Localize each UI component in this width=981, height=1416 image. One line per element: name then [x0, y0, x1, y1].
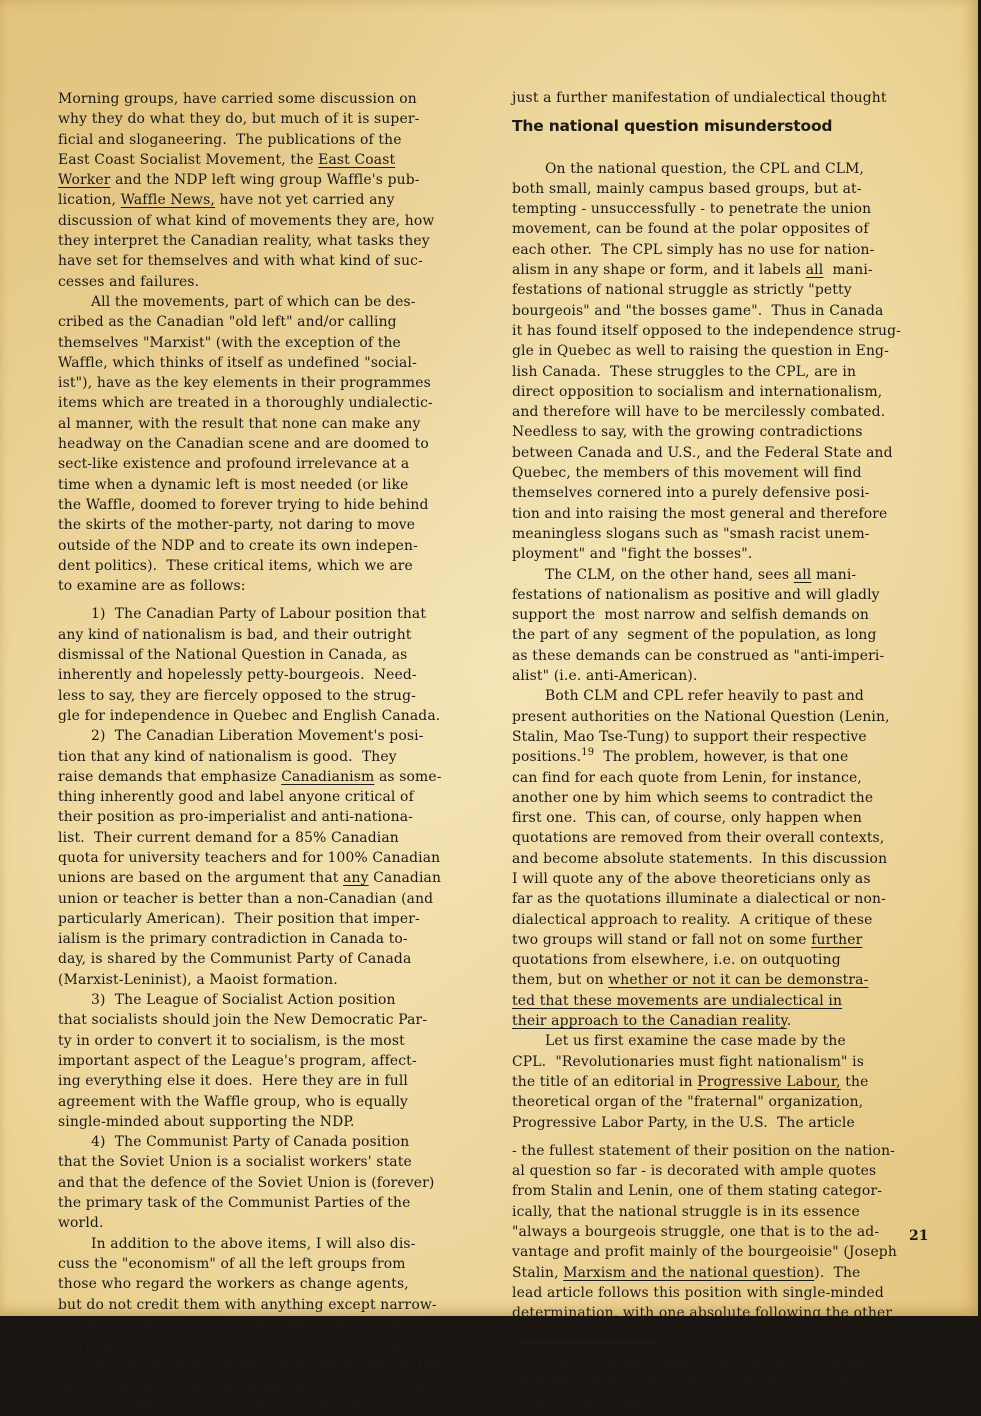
underlined-text: their approach to the Canadian reality [512, 1013, 787, 1029]
text-segment: that the Soviet Union is a socialist wor… [58, 1154, 412, 1170]
left-column: Morning groups, have carried some discus… [58, 89, 488, 1322]
text-segment: al question so far - is decorated with a… [512, 1163, 876, 1179]
document-page: Morning groups, have carried some discus… [0, 0, 978, 1316]
text-line: tion that any kind of nationalism is goo… [58, 747, 488, 767]
text-segment: alist" (i.e. anti-American). [512, 668, 698, 684]
text-segment: The problem, however, is that one [594, 749, 848, 765]
text-segment: bourgeois" and "the bosses game". Thus i… [512, 303, 883, 319]
text-line: (Marxist-Leninist), a Maoist formation. [58, 970, 488, 990]
text-line: festations of national struggle as stric… [512, 280, 937, 300]
text-line: cribed as the Canadian "old left" and/or… [58, 312, 488, 332]
text-segment: quota for university teachers and for 10… [58, 850, 440, 866]
underlined-text: East Coast [318, 152, 395, 168]
text-segment: time when a dynamic left is most needed … [58, 477, 409, 493]
text-segment: the title of an editorial in [512, 1074, 697, 1090]
text-line: particularly American). Their position t… [58, 909, 488, 929]
text-segment: it has found itself opposed to the indep… [512, 323, 901, 339]
text-segment: agreement with the Waffle group, who is … [58, 1094, 408, 1110]
text-segment: All the movements, part of which can be … [91, 294, 416, 310]
text-segment: Stalin, Mao Tse-Tung) to support their r… [512, 729, 867, 745]
text-line: 3) The League of Socialist Action positi… [58, 990, 488, 1010]
text-segment: direct opposition to socialism and inter… [512, 384, 882, 400]
text-segment: ialism is the primary contradiction in C… [58, 931, 408, 947]
text-line: sect-like existence and profound irrelev… [58, 454, 488, 474]
text-line: lication, Waffle News, have not yet carr… [58, 190, 488, 210]
text-segment: In addition to the above items, I will a… [91, 1236, 416, 1252]
text-segment: tion that any kind of nationalism is goo… [58, 749, 397, 765]
right-column: just a further manifestation of undialec… [512, 88, 937, 1322]
page-edge-shadow [0, 1316, 981, 1322]
underlined-text: any [343, 870, 369, 886]
text-segment: On the national question, the CPL and CL… [545, 161, 864, 177]
text-segment: ing everything else it does. Here they a… [58, 1073, 408, 1089]
text-segment: lication, [58, 192, 121, 208]
text-line: unions are based on the argument that an… [58, 868, 488, 888]
text-line: cuss the "economism" of all the left gro… [58, 1254, 488, 1274]
text-line: themselves "Marxist" (with the exception… [58, 333, 488, 353]
section-heading: The national question misunderstood [512, 116, 937, 136]
text-segment: 4) The Communist Party of Canada positio… [91, 1134, 409, 1150]
text-line: their approach to the Canadian reality. [512, 1011, 937, 1031]
text-line: direct opposition to socialism and inter… [512, 382, 937, 402]
text-segment: cribed as the Canadian "old left" and/or… [58, 314, 397, 330]
text-line: On the national question, the CPL and CL… [512, 159, 937, 179]
text-line: and therefore will have to be mercilessl… [512, 402, 937, 422]
text-segment: to examine are as follows: [58, 578, 246, 594]
paragraph-gap [58, 596, 488, 604]
text-segment: festations of national struggle as stric… [512, 282, 852, 298]
text-segment: any kind of nationalism is bad, and thei… [58, 627, 412, 643]
underlined-text: ted that these movements are undialectic… [512, 993, 842, 1009]
text-segment: themselves cornered into a purely defens… [512, 485, 870, 501]
underlined-text: Marxism and the national question [563, 1265, 814, 1281]
text-segment: mani- [823, 262, 872, 278]
text-line: ist"), have as the key elements in their… [58, 373, 488, 393]
text-segment: both small, mainly campus based groups, … [512, 181, 862, 197]
text-line: Needless to say, with the growing contra… [512, 422, 937, 442]
text-segment: and become absolute statements. In this … [512, 851, 887, 867]
text-line: dismissal of the National Question in Ca… [58, 645, 488, 665]
text-segment: but do not credit them with anything exc… [58, 1297, 437, 1313]
text-line: to examine are as follows: [58, 576, 488, 596]
text-segment: thing inherently good and label anyone c… [58, 789, 414, 805]
text-line: headway on the Canadian scene and are do… [58, 434, 488, 454]
text-segment: dent politics). These critical items, wh… [58, 558, 413, 574]
text-line: they interpret the Canadian reality, wha… [58, 231, 488, 251]
text-line: "always a bourgeois struggle, one that i… [512, 1222, 937, 1242]
text-segment: have not yet carried any [215, 192, 395, 208]
underlined-text: further [811, 932, 862, 948]
text-line: movement, can be found at the polar oppo… [512, 219, 937, 239]
text-line: the title of an editorial in Progressive… [512, 1072, 937, 1092]
text-segment: quotations from elsewhere, i.e. on outqu… [512, 952, 841, 968]
text-segment: Progressive Labor Party, in the U.S. The… [512, 1115, 855, 1131]
text-line: ty in order to convert it to socialism, … [58, 1031, 488, 1051]
text-segment: particularly American). Their position t… [58, 911, 420, 927]
text-line: the part of any segment of the populatio… [512, 625, 937, 645]
text-line: Worker and the NDP left wing group Waffl… [58, 170, 488, 190]
text-segment: ployment" and "fight the bosses". [512, 546, 752, 562]
text-segment: dismissal of the National Question in Ca… [58, 647, 407, 663]
text-line: themselves cornered into a purely defens… [512, 483, 937, 503]
text-segment: between Canada and U.S., and the Federal… [512, 445, 893, 461]
text-line: Stalin, Marxism and the national questio… [512, 1263, 937, 1283]
text-segment: important aspect of the League's program… [58, 1053, 417, 1069]
text-segment: and therefore will have to be mercilessl… [512, 404, 885, 420]
text-segment: - the fullest statement of their positio… [512, 1143, 895, 1159]
text-line: bourgeois" and "the bosses game". Thus i… [512, 301, 937, 321]
text-segment: sect-like existence and profound irrelev… [58, 456, 409, 472]
text-line: inherently and hopelessly petty-bourgeoi… [58, 665, 488, 685]
text-segment: support the most narrow and selfish dema… [512, 607, 869, 623]
text-segment: Needless to say, with the growing contra… [512, 424, 863, 440]
text-line: between Canada and U.S., and the Federal… [512, 443, 937, 463]
text-line: raise demands that emphasize Canadianism… [58, 767, 488, 787]
text-segment: Both CLM and CPL refer heavily to past a… [545, 688, 864, 704]
text-segment: the skirts of the mother-party, not dari… [58, 517, 415, 533]
footnote-marker: 19 [581, 747, 594, 758]
text-segment: why they do what they do, but much of it… [58, 111, 419, 127]
text-segment: from Stalin and Lenin, one of them stati… [512, 1183, 882, 1199]
text-segment: al manner, with the result that none can… [58, 416, 421, 432]
underlined-text: Waffle News, [121, 192, 215, 208]
text-segment: lead article follows this position with … [512, 1285, 884, 1301]
text-line: Let us first examine the case made by th… [512, 1031, 937, 1051]
text-segment: that socialists should join the New Demo… [58, 1012, 427, 1028]
text-segment: first one. This can, of course, only hap… [512, 810, 862, 826]
text-segment: 1) The Canadian Party of Labour position… [91, 606, 426, 622]
text-segment: can find for each quote from Lenin, for … [512, 770, 862, 786]
text-segment: another one by him which seems to contra… [512, 790, 873, 806]
continuation-line: just a further manifestation of undialec… [512, 88, 937, 108]
text-segment: ). The [814, 1265, 860, 1281]
text-segment: world. [58, 1215, 104, 1231]
text-segment: union or teacher is better than a non-Ca… [58, 891, 433, 907]
text-line: day, is shared by the Communist Party of… [58, 949, 488, 969]
text-segment: positions. [512, 749, 581, 765]
text-line: first one. This can, of course, only hap… [512, 808, 937, 828]
text-segment: gle for independence in Quebec and Engli… [58, 708, 440, 724]
text-segment: the Waffle, doomed to forever trying to … [58, 497, 429, 513]
text-segment: cuss the "economism" of all the left gro… [58, 1256, 406, 1272]
text-segment: those who regard the workers as change a… [58, 1276, 409, 1292]
text-segment: the [841, 1074, 869, 1090]
paragraph-gap [512, 1133, 937, 1141]
text-line: those who regard the workers as change a… [58, 1274, 488, 1294]
page-number: 21 [909, 1228, 928, 1244]
text-line: dent politics). These critical items, wh… [58, 556, 488, 576]
text-line: thing inherently good and label anyone c… [58, 787, 488, 807]
text-line: East Coast Socialist Movement, the East … [58, 150, 488, 170]
text-segment: cesses and failures. [58, 274, 199, 290]
text-segment: vantage and profit mainly of the bourgeo… [512, 1244, 897, 1260]
text-line: quota for university teachers and for 10… [58, 848, 488, 868]
text-segment: inherently and hopelessly petty-bourgeoi… [58, 667, 417, 683]
text-segment: present authorities on the National Ques… [512, 709, 890, 725]
text-line: another one by him which seems to contra… [512, 788, 937, 808]
text-segment: ist"), have as the key elements in their… [58, 375, 431, 391]
text-line: that socialists should join the New Demo… [58, 1010, 488, 1030]
text-line: ialism is the primary contradiction in C… [58, 929, 488, 949]
text-line: can find for each quote from Lenin, for … [512, 768, 937, 788]
text-segment: themselves "Marxist" (with the exception… [58, 335, 401, 351]
text-line: Waffle, which thinks of itself as undefi… [58, 353, 488, 373]
text-line: the Waffle, doomed to forever trying to … [58, 495, 488, 515]
text-line: meaningless slogans such as "smash racis… [512, 524, 937, 544]
text-segment: lish Canada. These struggles to the CPL,… [512, 364, 856, 380]
text-line: alist" (i.e. anti-American). [512, 666, 937, 686]
text-line: from Stalin and Lenin, one of them stati… [512, 1181, 937, 1201]
text-line: ing everything else it does. Here they a… [58, 1071, 488, 1091]
text-segment: Stalin, [512, 1265, 563, 1281]
text-segment: movement, can be found at the polar oppo… [512, 221, 869, 237]
text-line: both small, mainly campus based groups, … [512, 179, 937, 199]
text-line: ficial and sloganeering. The publication… [58, 130, 488, 150]
text-line: any kind of nationalism is bad, and thei… [58, 625, 488, 645]
underlined-text: whether or not it can be demonstra- [608, 972, 868, 988]
text-segment: meaningless slogans such as "smash racis… [512, 526, 870, 542]
text-line: the primary task of the Communist Partie… [58, 1193, 488, 1213]
text-segment: single-minded about supporting the NDP. [58, 1114, 355, 1130]
text-segment: them, but on [512, 972, 608, 988]
text-line: quotations from elsewhere, i.e. on outqu… [512, 950, 937, 970]
text-line: have set for themselves and with what ki… [58, 251, 488, 271]
text-segment: they interpret the Canadian reality, wha… [58, 233, 430, 249]
text-segment: I will quote any of the above theoretici… [512, 871, 871, 887]
text-segment: each other. The CPL simply has no use fo… [512, 242, 874, 258]
text-line: time when a dynamic left is most needed … [58, 475, 488, 495]
text-segment: the primary task of the Communist Partie… [58, 1195, 411, 1211]
text-line: cesses and failures. [58, 272, 488, 292]
text-segment: dialectical approach to reality. A criti… [512, 912, 873, 928]
text-line: support the most narrow and selfish dema… [512, 605, 937, 625]
text-line: Stalin, Mao Tse-Tung) to support their r… [512, 727, 937, 747]
underlined-text: all [794, 567, 812, 583]
text-segment: tempting - unsuccessfully - to penetrate… [512, 201, 871, 217]
text-segment: "always a bourgeois struggle, one that i… [512, 1224, 879, 1240]
text-line: festations of nationalism as positive an… [512, 585, 937, 605]
text-segment: gle in Quebec as well to raising the que… [512, 343, 889, 359]
text-segment: list. Their current demand for a 85% Can… [58, 830, 399, 846]
text-segment: (Marxist-Leninist), a Maoist formation. [58, 972, 338, 988]
text-line: each other. The CPL simply has no use fo… [512, 240, 937, 260]
text-line: Progressive Labor Party, in the U.S. The… [512, 1113, 937, 1133]
text-segment: quotations are removed from their overal… [512, 830, 884, 846]
text-segment: as these demands can be construed as "an… [512, 648, 884, 664]
text-segment: ficial and sloganeering. The publication… [58, 132, 402, 148]
text-line: tion and into raising the most general a… [512, 504, 937, 524]
text-line: theoretical organ of the "fraternal" org… [512, 1092, 937, 1112]
text-segment: their position as pro-imperialist and an… [58, 809, 413, 825]
text-line: the skirts of the mother-party, not dari… [58, 515, 488, 535]
text-line: important aspect of the League's program… [58, 1051, 488, 1071]
text-segment: far as the quotations illuminate a diale… [512, 891, 886, 907]
text-segment: mani- [811, 567, 856, 583]
text-line: ted that these movements are undialectic… [512, 991, 937, 1011]
text-line: - the fullest statement of their positio… [512, 1141, 937, 1161]
text-segment: 2) The Canadian Liberation Movement's po… [91, 728, 424, 744]
text-line: agreement with the Waffle group, who is … [58, 1092, 488, 1112]
text-line: Morning groups, have carried some discus… [58, 89, 488, 109]
text-segment: have set for themselves and with what ki… [58, 253, 423, 269]
text-line: tempting - unsuccessfully - to penetrate… [512, 199, 937, 219]
text-segment: two groups will stand or fall not on som… [512, 932, 811, 948]
text-line: al manner, with the result that none can… [58, 414, 488, 434]
text-line: 1) The Canadian Party of Labour position… [58, 604, 488, 624]
text-line: list. Their current demand for a 85% Can… [58, 828, 488, 848]
text-segment: . [787, 1013, 792, 1029]
text-line: and that the defence of the Soviet Union… [58, 1173, 488, 1193]
text-line: them, but on whether or not it can be de… [512, 970, 937, 990]
text-segment: and that the defence of the Soviet Union… [58, 1175, 434, 1191]
underlined-text: Worker [58, 172, 111, 188]
text-line: single-minded about supporting the NDP. [58, 1112, 488, 1132]
text-segment: CPL. "Revolutionaries must fight nationa… [512, 1054, 864, 1070]
text-line: positions.19 The problem, however, is th… [512, 747, 937, 767]
text-segment: discussion of what kind of movements the… [58, 213, 434, 229]
text-line: present authorities on the National Ques… [512, 707, 937, 727]
text-line: vantage and profit mainly of the bourgeo… [512, 1242, 937, 1262]
text-line: Quebec, the members of this movement wil… [512, 463, 937, 483]
text-segment: Waffle, which thinks of itself as undefi… [58, 355, 417, 371]
text-line: world. [58, 1213, 488, 1233]
text-segment: items which are treated in a thoroughly … [58, 395, 433, 411]
text-segment: ty in order to convert it to socialism, … [58, 1033, 405, 1049]
text-line: why they do what they do, but much of it… [58, 109, 488, 129]
text-line: that the Soviet Union is a socialist wor… [58, 1152, 488, 1172]
text-line: as these demands can be construed as "an… [512, 646, 937, 666]
text-line: al question so far - is decorated with a… [512, 1161, 937, 1181]
text-segment: East Coast Socialist Movement, the [58, 152, 318, 168]
text-line: union or teacher is better than a non-Ca… [58, 889, 488, 909]
text-line: outside of the NDP and to create its own… [58, 536, 488, 556]
text-line: it has found itself opposed to the indep… [512, 321, 937, 341]
text-segment: and the NDP left wing group Waffle's pub… [111, 172, 420, 188]
text-line: All the movements, part of which can be … [58, 292, 488, 312]
text-line: dialectical approach to reality. A criti… [512, 910, 937, 930]
text-line: Both CLM and CPL refer heavily to past a… [512, 686, 937, 706]
text-segment: unions are based on the argument that [58, 870, 343, 886]
text-segment: the part of any segment of the populatio… [512, 627, 877, 643]
text-line: CPL. "Revolutionaries must fight nationa… [512, 1052, 937, 1072]
text-segment: Morning groups, have carried some discus… [58, 91, 417, 107]
text-segment: Quebec, the members of this movement wil… [512, 465, 862, 481]
text-segment: raise demands that emphasize [58, 769, 281, 785]
text-line: and become absolute statements. In this … [512, 849, 937, 869]
text-line: far as the quotations illuminate a diale… [512, 889, 937, 909]
text-line: lish Canada. These struggles to the CPL,… [512, 362, 937, 382]
text-line: ically, that the national struggle is in… [512, 1202, 937, 1222]
text-line: quotations are removed from their overal… [512, 828, 937, 848]
text-segment: outside of the NDP and to create its own… [58, 538, 418, 554]
text-line: but do not credit them with anything exc… [58, 1295, 488, 1315]
text-line: discussion of what kind of movements the… [58, 211, 488, 231]
text-segment: festations of nationalism as positive an… [512, 587, 880, 603]
text-segment: ically, that the national struggle is in… [512, 1204, 860, 1220]
text-segment: 3) The League of Socialist Action positi… [91, 992, 396, 1008]
text-line: I will quote any of the above theoretici… [512, 869, 937, 889]
text-segment: Let us first examine the case made by th… [545, 1033, 846, 1049]
right-column-body: On the national question, the CPL and CL… [512, 159, 937, 1322]
text-line: ployment" and "fight the bosses". [512, 544, 937, 564]
text-line: alism in any shape or form, and it label… [512, 260, 937, 280]
text-segment: alism in any shape or form, and it label… [512, 262, 806, 278]
text-line: 4) The Communist Party of Canada positio… [58, 1132, 488, 1152]
underlined-text: all [806, 262, 824, 278]
text-line: items which are treated in a thoroughly … [58, 393, 488, 413]
text-segment: The CLM, on the other hand, sees [545, 567, 794, 583]
text-line: In addition to the above items, I will a… [58, 1234, 488, 1254]
text-segment: tion and into raising the most general a… [512, 506, 887, 522]
underlined-text: Progressive Labour, [697, 1074, 840, 1090]
text-segment: headway on the Canadian scene and are do… [58, 436, 429, 452]
text-segment: less to say, they are fiercely opposed t… [58, 688, 416, 704]
text-line: less to say, they are fiercely opposed t… [58, 686, 488, 706]
text-segment: day, is shared by the Communist Party of… [58, 951, 411, 967]
text-line: The CLM, on the other hand, sees all man… [512, 565, 937, 585]
text-segment: theoretical organ of the "fraternal" org… [512, 1094, 863, 1110]
text-line: their position as pro-imperialist and an… [58, 807, 488, 827]
text-line: two groups will stand or fall not on som… [512, 930, 937, 950]
text-line: gle in Quebec as well to raising the que… [512, 341, 937, 361]
text-line: gle for independence in Quebec and Engli… [58, 706, 488, 726]
text-line: lead article follows this position with … [512, 1283, 937, 1303]
text-segment: as some- [374, 769, 441, 785]
text-segment: Canadian [369, 870, 441, 886]
text-line: 2) The Canadian Liberation Movement's po… [58, 726, 488, 746]
underlined-text: Canadianism [281, 769, 374, 785]
